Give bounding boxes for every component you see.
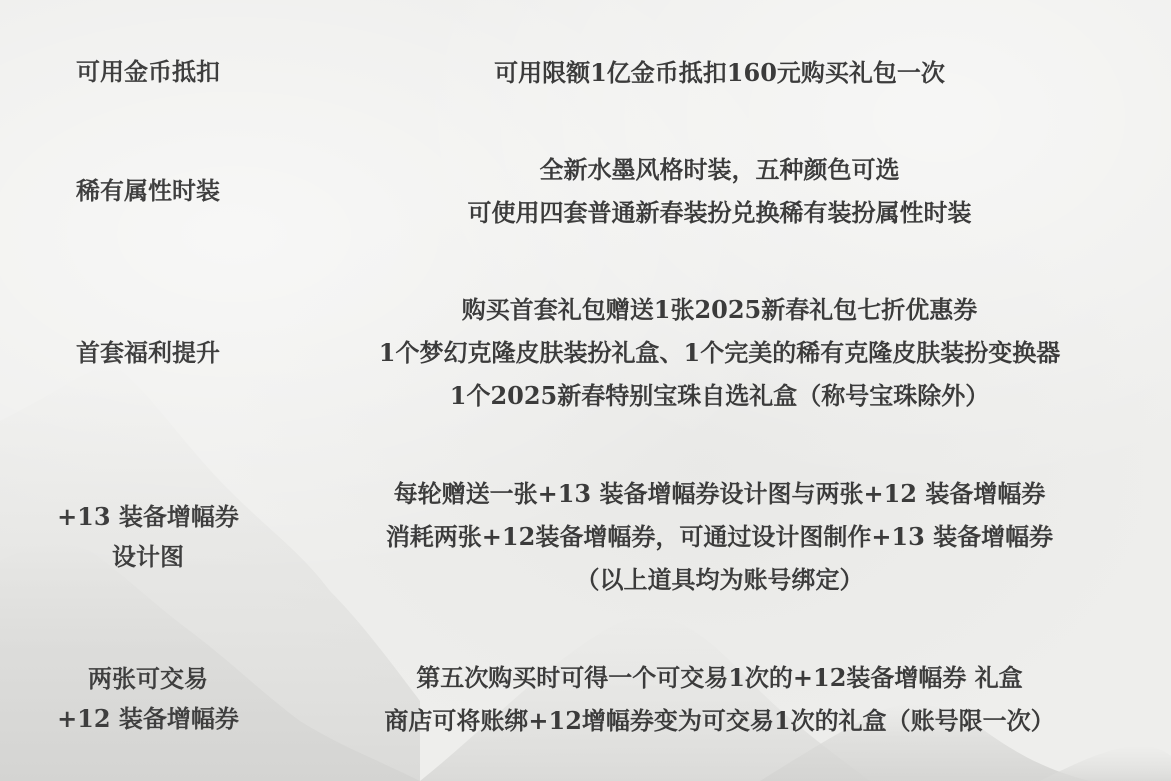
benefit-description: 全新水墨风格时装，五种颜色可选 可使用四套普通新春装扮兑换稀有装扮属性时装 <box>296 148 1171 234</box>
benefit-label: 稀有属性时装 <box>0 171 296 211</box>
benefit-row-plus13-blueprint: +13 装备增幅券 设计图 每轮赠送一张+13 装备增幅券设计图与两张+12 装… <box>0 472 1171 601</box>
benefit-row-first-set-bonus: 首套福利提升 购买首套礼包赠送1张2025新春礼包七折优惠券 1个梦幻克隆皮肤装… <box>0 288 1171 417</box>
benefit-description: 购买首套礼包赠送1张2025新春礼包七折优惠券 1个梦幻克隆皮肤装扮礼盒、1个完… <box>296 288 1171 417</box>
benefit-row-rare-costume: 稀有属性时装 全新水墨风格时装，五种颜色可选 可使用四套普通新春装扮兑换稀有装扮… <box>0 148 1171 234</box>
benefit-label: 两张可交易 +12 装备增幅券 <box>0 659 296 739</box>
benefit-label: 可用金币抵扣 <box>0 52 296 92</box>
benefit-description: 每轮赠送一张+13 装备增幅券设计图与两张+12 装备增幅券 消耗两张+12装备… <box>296 472 1171 601</box>
benefit-description: 第五次购买时可得一个可交易1次的+12装备增幅券 礼盒 商店可将账绑+12增幅券… <box>296 656 1171 742</box>
benefit-description: 可用限额1亿金币抵扣160元购买礼包一次 <box>296 51 1171 94</box>
benefit-row-tradeable-plus12: 两张可交易 +12 装备增幅券 第五次购买时可得一个可交易1次的+12装备增幅券… <box>0 656 1171 742</box>
benefit-label: 首套福利提升 <box>0 333 296 373</box>
benefit-label: +13 装备增幅券 设计图 <box>0 497 296 577</box>
benefit-row-gold-deduction: 可用金币抵扣 可用限额1亿金币抵扣160元购买礼包一次 <box>0 50 1171 94</box>
